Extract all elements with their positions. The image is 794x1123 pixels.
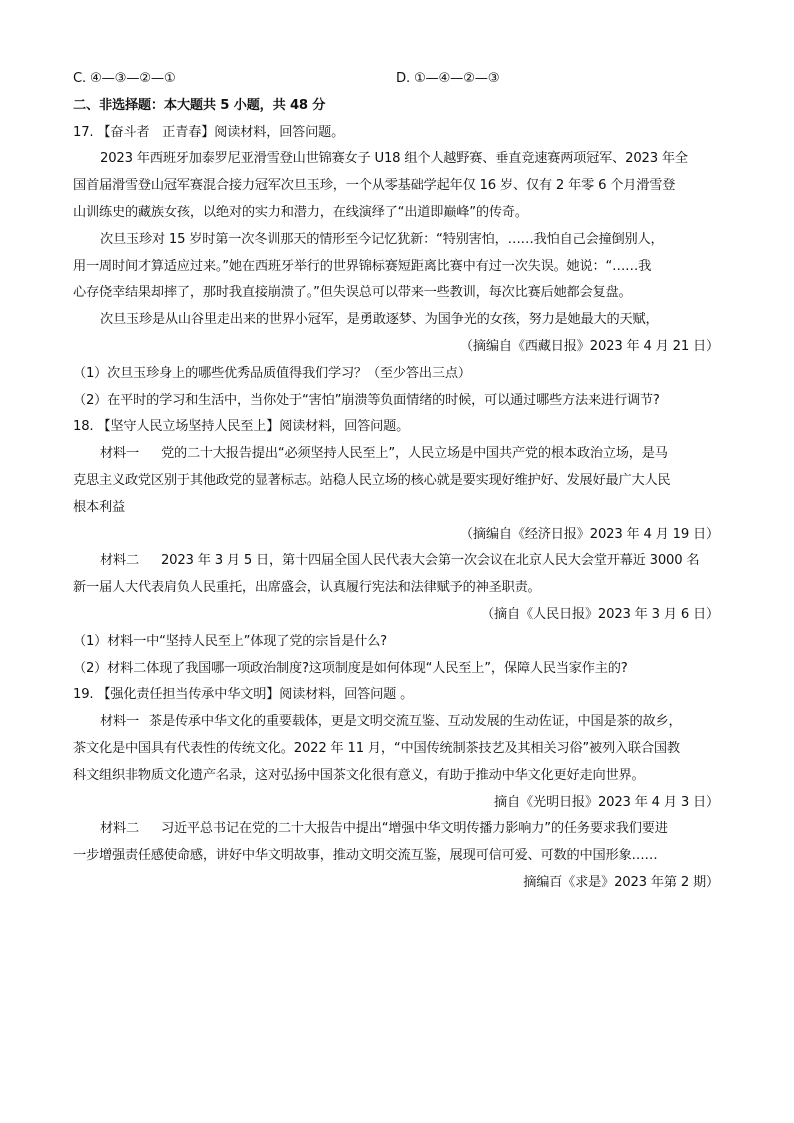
material-line: 科文组织非物质文化遗产名录，这对弘扬中国茶文化很有意义，有助于推动中华文化更好走… (73, 763, 727, 790)
paragraph-line: 山训练史的藏族女孩，以绝对的实力和潜力，在线演绎了“出道即巅峰”的传奇。 (73, 200, 727, 227)
option-d: D. ①—④—②—③ (396, 66, 499, 93)
material-label: 材料一 (100, 446, 139, 461)
paragraph-line: 国首届滑雪登山冠军赛混合接力冠军次旦玉珍，一个从零基础学起年仅 16 岁、仅有 … (73, 173, 727, 200)
sub-question: （1）次旦玉珍身上的哪些优秀品质值得我们学习？（至少答出三点） (73, 361, 727, 388)
material-line: 茶文化是中国具有代表性的传统文化。2022 年 11 月，“中国传统制茶技艺及其… (73, 736, 727, 763)
question-number: 18. (73, 419, 93, 434)
material-line: 材料一茶是传承中华文化的重要载体，更是文明交流互鉴、互动发展的生动佐证，中国是茶… (73, 709, 727, 736)
question-title: 19. 【强化责任担当传承中华文明】阅读材料，回答问题 。 (73, 682, 727, 709)
question-title: 18. 【坚守人民立场坚持人民至上】阅读材料，回答问题。 (73, 414, 727, 441)
question-topic: 【强化责任担当传承中华文明】阅读材料，回答问题 。 (97, 687, 413, 702)
source-citation: （摘自《人民日报》2023 年 3 月 6 日） (73, 602, 727, 629)
material-line: 材料二2023 年 3 月 5 日，第十四届全国人民代表大会第一次会议在北京人民… (73, 548, 727, 575)
paragraph-line: 次旦玉珍是从山谷里走出来的世界小冠军，是勇敢逐梦、为国争光的女孩，努力是她最大的… (73, 307, 727, 334)
sub-question: （2）在平时的学习和生活中，当你处于“害怕”崩溃等负面情绪的时候，可以通过哪些方… (73, 388, 727, 415)
paragraph-line: 2023 年西班牙加泰罗尼亚滑雪登山世锦赛女子 U18 组个人越野赛、垂直竞速赛… (73, 146, 727, 173)
sub-question: （1）材料一中“坚持人民至上”体现了党的宗旨是什么? (73, 629, 727, 656)
material-line: 材料二习近平总书记在党的二十大报告中提出“增强中华文明传播力影响力”的任务要求我… (73, 816, 727, 843)
material-text: 党的二十大报告提出“必须坚持人民至上”，人民立场是中国共产党的根本政治立场，是马 (161, 446, 668, 461)
material-label: 材料一 (100, 714, 139, 729)
answer-options-row: C. ④—③—②—① D. ①—④—②—③ (73, 66, 727, 93)
material-line: 材料一党的二十大报告提出“必须坚持人民至上”，人民立场是中国共产党的根本政治立场… (73, 441, 727, 468)
question-number: 17. (73, 125, 93, 140)
material-line: 新一届人大代表肩负人民重托，出席盛会，认真履行宪法和法律赋予的神圣职责。 (73, 575, 727, 602)
document-page: C. ④—③—②—① D. ①—④—②—③ 二、非选择题：本大题共 5 小题，共… (73, 66, 727, 897)
source-citation: （摘编自《西藏日报》2023 年 4 月 21 日） (73, 334, 727, 361)
question-19: 19. 【强化责任担当传承中华文明】阅读材料，回答问题 。 材料一茶是传承中华文… (73, 682, 727, 896)
option-c: C. ④—③—②—① (73, 71, 175, 86)
material-text: 茶是传承中华文化的重要载体，更是文明交流互鉴、互动发展的生动佐证，中国是茶的故乡… (149, 714, 681, 729)
source-citation: 摘编百《求是》2023 年第 2 期） (73, 870, 727, 897)
question-18: 18. 【坚守人民立场坚持人民至上】阅读材料，回答问题。 材料一党的二十大报告提… (73, 414, 727, 682)
material-line: 一步增强责任感使命感，讲好中华文明故事，推动文明交流互鉴，展现可信可爱、可数的中… (73, 843, 727, 870)
question-number: 19. (73, 687, 93, 702)
source-citation: 摘自《光明日报》2023 年 4 月 3 日） (73, 790, 727, 817)
question-topic: 【奋斗者 正青春】阅读材料，回答问题。 (97, 125, 344, 140)
paragraph-line: 次旦玉珍对 15 岁时第一次冬训那天的情形至今记忆犹新：“特别害怕，……我怕自己… (73, 227, 727, 254)
material-line: 根本利益 (73, 495, 727, 522)
question-17: 17. 【奋斗者 正青春】阅读材料，回答问题。 2023 年西班牙加泰罗尼亚滑雪… (73, 120, 727, 415)
section-heading: 二、非选择题：本大题共 5 小题，共 48 分 (73, 93, 727, 120)
material-line: 克思主义政党区别于其他政党的显著标志。站稳人民立场的核心就是要实现好维护好、发展… (73, 468, 727, 495)
question-title: 17. 【奋斗者 正青春】阅读材料，回答问题。 (73, 120, 727, 147)
question-topic: 【坚守人民立场坚持人民至上】阅读材料，回答问题。 (97, 419, 409, 434)
material-text: 2023 年 3 月 5 日，第十四届全国人民代表大会第一次会议在北京人民大会堂… (161, 553, 699, 568)
sub-question: （2）材料二体现了我国哪一项政治制度?这项制度是如何体现“人民至上”，保障人民当… (73, 656, 727, 683)
material-label: 材料二 (100, 553, 139, 568)
material-label: 材料二 (100, 821, 139, 836)
source-citation: （摘编自《经济日报》2023 年 4 月 19 日） (73, 522, 727, 549)
paragraph-line: 心存侥幸结果却摔了，那时我直接崩溃了。”但失误总可以带来一些教训，每次比赛后她都… (73, 280, 727, 307)
material-text: 习近平总书记在党的二十大报告中提出“增强中华文明传播力影响力”的任务要求我们要进 (161, 821, 668, 836)
paragraph-line: 用一周时间才算适应过来。”她在西班牙举行的世界锦标赛短距离比赛中有过一次失误。她… (73, 254, 727, 281)
